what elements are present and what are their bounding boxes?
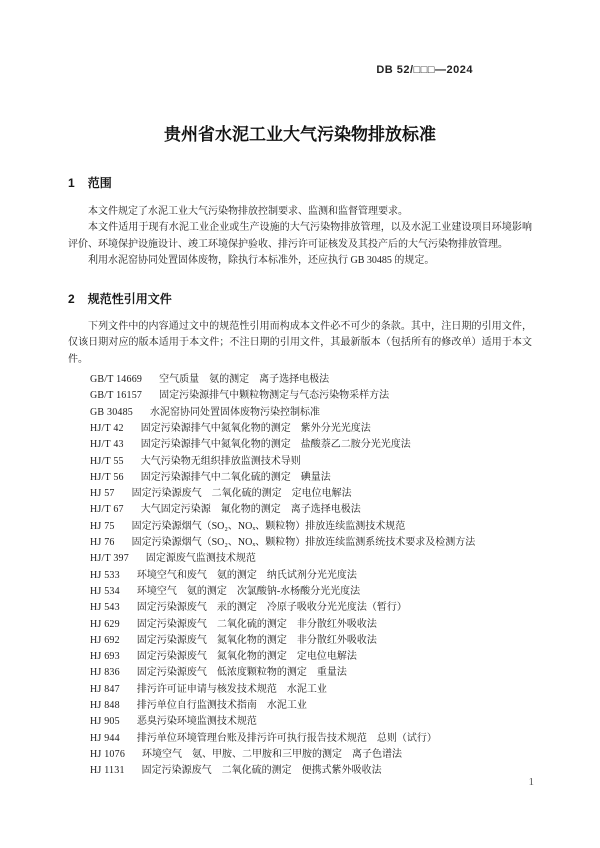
reference-title: 空气质量 氨的测定 离子选择电极法 xyxy=(159,374,329,385)
reference-code: HJ 847 xyxy=(90,684,120,695)
reference-code: HJ 836 xyxy=(90,667,120,678)
standard-code-header: DB 52/□□□—2024 xyxy=(68,64,532,77)
reference-item: HJ 1076环境空气 氨、甲胺、二甲胺和三甲胺的测定 离子色谱法 xyxy=(68,747,532,763)
section-heading-scope: 1范围 xyxy=(68,177,532,190)
scope-paragraphs: 本文件规定了水泥工业大气污染物排放控制要求、监测和监督管理要求。 本文件适用于现… xyxy=(68,204,532,269)
reference-title: 排污许可证申请与核发技术规范 水泥工业 xyxy=(137,684,327,695)
scope-paragraph: 本文件适用于现有水泥工业企业或生产设施的大气污染物排放管理，以及水泥工业建设项目… xyxy=(68,220,532,253)
reference-item: HJ/T 397固定源废气监测技术规范 xyxy=(68,551,532,567)
reference-item: HJ 57固定污染源废气 二氧化硫的测定 定电位电解法 xyxy=(68,486,532,502)
reference-title: 大气污染物无组织排放监测技术导则 xyxy=(141,456,301,467)
reference-code: HJ 629 xyxy=(90,619,120,630)
reference-title: 环境空气 氨的测定 次氯酸钠-水杨酸分光光度法 xyxy=(137,586,360,597)
reference-code: HJ 533 xyxy=(90,570,120,581)
reference-title: 大气固定污染源 氟化物的测定 离子选择电极法 xyxy=(141,504,361,515)
reference-code: GB/T 16157 xyxy=(90,390,142,401)
reference-code: HJ 692 xyxy=(90,635,120,646)
scope-paragraph: 本文件规定了水泥工业大气污染物排放控制要求、监测和监督管理要求。 xyxy=(68,204,532,220)
reference-title: 固定污染源废气 低浓度颗粒物的测定 重量法 xyxy=(137,667,347,678)
reference-code: HJ/T 397 xyxy=(90,553,129,564)
reference-code: HJ 905 xyxy=(90,716,120,727)
reference-code: HJ/T 43 xyxy=(90,439,124,450)
document-title: 贵州省水泥工业大气污染物排放标准 xyxy=(68,123,532,147)
reference-item: HJ/T 67大气固定污染源 氟化物的测定 离子选择电极法 xyxy=(68,502,532,518)
reference-item: HJ 543固定污染源废气 汞的测定 冷原子吸收分光光度法（暂行） xyxy=(68,600,532,616)
reference-code: HJ/T 67 xyxy=(90,504,124,515)
reference-title: 排污单位环境管理台账及排污许可执行报告技术规范 总则（试行） xyxy=(137,733,437,744)
reference-title: 排污单位自行监测技术指南 水泥工业 xyxy=(137,700,307,711)
reference-item: HJ 629固定污染源废气 二氧化硫的测定 非分散红外吸收法 xyxy=(68,617,532,633)
reference-item: GB/T 14669空气质量 氨的测定 离子选择电极法 xyxy=(68,372,532,388)
reference-code: HJ 543 xyxy=(90,602,120,613)
references-intro: 下列文件中的内容通过文中的规范性引用而构成本文件必不可少的条款。其中，注日期的引… xyxy=(68,319,532,368)
document-page: DB 52/□□□—2024 贵州省水泥工业大气污染物排放标准 1范围 本文件规… xyxy=(0,0,600,848)
reference-code: HJ 944 xyxy=(90,733,120,744)
reference-list: GB/T 14669空气质量 氨的测定 离子选择电极法 GB/T 16157固定… xyxy=(68,372,532,779)
reference-code: HJ 1131 xyxy=(90,765,125,776)
reference-title: 固定污染源排气中颗粒物测定与气态污染物采样方法 xyxy=(159,390,389,401)
reference-title: 恶臭污染环境监测技术规范 xyxy=(137,716,257,727)
reference-code: HJ 848 xyxy=(90,700,120,711)
reference-code: HJ 75 xyxy=(90,521,115,532)
reference-code: GB/T 14669 xyxy=(90,374,142,385)
reference-item: HJ 905恶臭污染环境监测技术规范 xyxy=(68,714,532,730)
reference-title: 固定污染源废气 二氧化硫的测定 非分散红外吸收法 xyxy=(137,619,377,630)
section-number: 2 xyxy=(68,292,75,306)
reference-title: 固定污染源废气 汞的测定 冷原子吸收分光光度法（暂行） xyxy=(137,602,407,613)
reference-code: HJ 57 xyxy=(90,488,115,499)
reference-item: GB/T 16157固定污染源排气中颗粒物测定与气态污染物采样方法 xyxy=(68,388,532,404)
reference-code: HJ 1076 xyxy=(90,749,125,760)
reference-title: 固定污染源排气中氮氧化物的测定 紫外分光光度法 xyxy=(141,423,371,434)
section-title: 范围 xyxy=(88,176,112,190)
reference-item: GB 30485水泥窑协同处置固体废物污染控制标准 xyxy=(68,405,532,421)
reference-title: 固定污染源废气 二氧化硫的测定 便携式紫外吸收法 xyxy=(142,765,382,776)
reference-title: 环境空气 氨、甲胺、二甲胺和三甲胺的测定 离子色谱法 xyxy=(142,749,402,760)
section-number: 1 xyxy=(68,176,75,190)
reference-code: HJ/T 42 xyxy=(90,423,124,434)
reference-item: HJ 692固定污染源废气 氮氧化物的测定 非分散红外吸收法 xyxy=(68,633,532,649)
reference-item: HJ/T 42固定污染源排气中氮氧化物的测定 紫外分光光度法 xyxy=(68,421,532,437)
reference-title: 固定污染源排气中二氧化硫的测定 碘量法 xyxy=(141,472,331,483)
reference-title: 固定污染源废气 氮氧化物的测定 非分散红外吸收法 xyxy=(137,635,377,646)
reference-item: HJ 75固定污染源烟气（SO₂、NOₓ、颗粒物）排放连续监测技术规范 xyxy=(68,519,532,535)
scope-paragraph: 利用水泥窑协同处置固体废物，除执行本标准外，还应执行 GB 30485 的规定。 xyxy=(68,253,532,269)
reference-title: 固定污染源废气 二氧化硫的测定 定电位电解法 xyxy=(132,488,352,499)
reference-code: GB 30485 xyxy=(90,407,133,418)
reference-item: HJ 848排污单位自行监测技术指南 水泥工业 xyxy=(68,698,532,714)
reference-code: HJ/T 55 xyxy=(90,456,124,467)
reference-item: HJ 693固定污染源废气 氮氧化物的测定 定电位电解法 xyxy=(68,649,532,665)
section-title: 规范性引用文件 xyxy=(88,292,172,306)
reference-item: HJ 836固定污染源废气 低浓度颗粒物的测定 重量法 xyxy=(68,665,532,681)
reference-item: HJ 944排污单位环境管理台账及排污许可执行报告技术规范 总则（试行） xyxy=(68,731,532,747)
section-heading-references: 2规范性引用文件 xyxy=(68,293,532,306)
reference-title: 固定污染源烟气（SO₂、NOₓ、颗粒物）排放连续监测技术规范 xyxy=(132,521,406,532)
references-intro-paragraph: 下列文件中的内容通过文中的规范性引用而构成本文件必不可少的条款。其中，注日期的引… xyxy=(68,319,532,368)
reference-title: 水泥窑协同处置固体废物污染控制标准 xyxy=(150,407,320,418)
reference-item: HJ/T 55大气污染物无组织排放监测技术导则 xyxy=(68,454,532,470)
reference-item: HJ 1131固定污染源废气 二氧化硫的测定 便携式紫外吸收法 xyxy=(68,763,532,779)
reference-title: 环境空气和废气 氨的测定 纳氏试剂分光光度法 xyxy=(137,570,357,581)
reference-code: HJ 693 xyxy=(90,651,120,662)
page-number: 1 xyxy=(529,775,535,789)
reference-code: HJ/T 56 xyxy=(90,472,124,483)
reference-item: HJ 533环境空气和废气 氨的测定 纳氏试剂分光光度法 xyxy=(68,568,532,584)
reference-code: HJ 534 xyxy=(90,586,120,597)
reference-title: 固定污染源烟气（SO₂、NOₓ、颗粒物）排放连续监测系统技术要求及检测方法 xyxy=(132,537,476,548)
reference-code: HJ 76 xyxy=(90,537,115,548)
reference-item: HJ 76固定污染源烟气（SO₂、NOₓ、颗粒物）排放连续监测系统技术要求及检测… xyxy=(68,535,532,551)
reference-item: HJ 534环境空气 氨的测定 次氯酸钠-水杨酸分光光度法 xyxy=(68,584,532,600)
reference-title: 固定污染源废气 氮氧化物的测定 定电位电解法 xyxy=(137,651,357,662)
reference-item: HJ/T 43固定污染源排气中氮氧化物的测定 盐酸萘乙二胺分光光度法 xyxy=(68,437,532,453)
reference-item: HJ 847排污许可证申请与核发技术规范 水泥工业 xyxy=(68,682,532,698)
reference-item: HJ/T 56固定污染源排气中二氧化硫的测定 碘量法 xyxy=(68,470,532,486)
reference-title: 固定污染源排气中氮氧化物的测定 盐酸萘乙二胺分光光度法 xyxy=(141,439,411,450)
reference-title: 固定源废气监测技术规范 xyxy=(146,553,256,564)
